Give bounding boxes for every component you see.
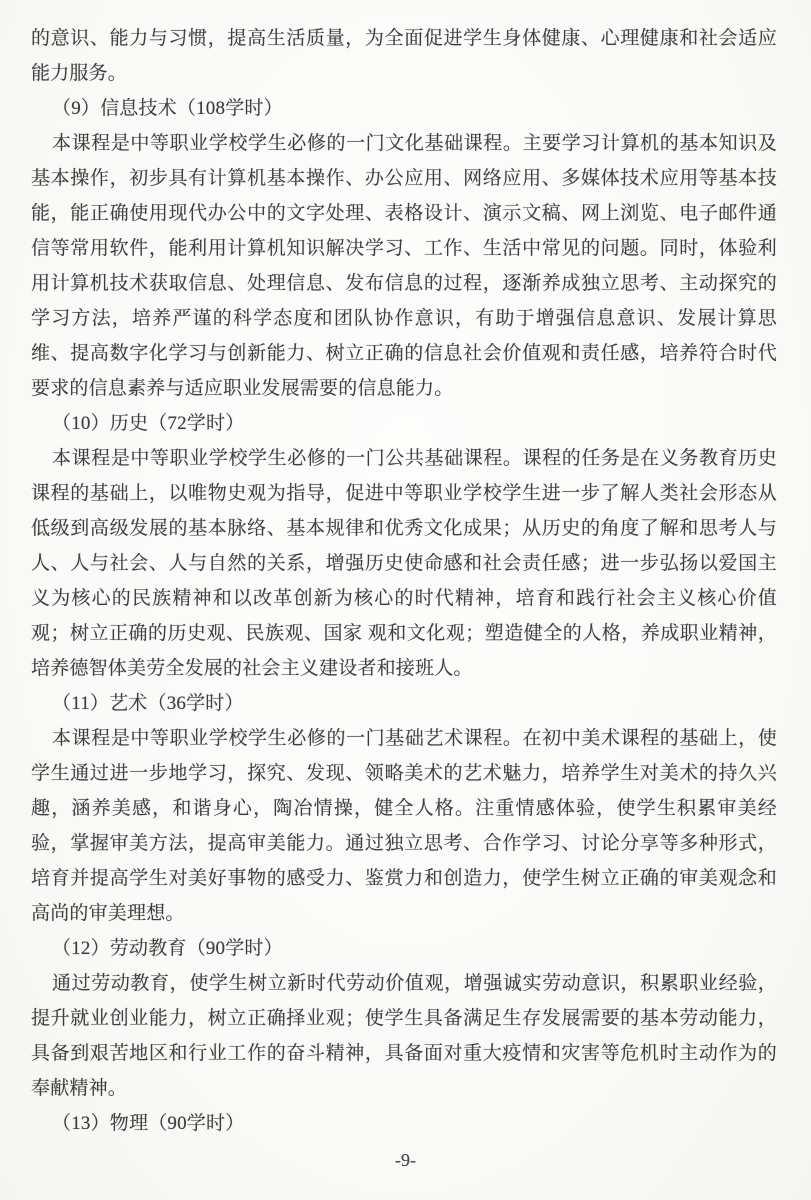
page-number: -9-: [0, 1148, 811, 1172]
paragraph-labor-education: 通过劳动教育，使学生树立新时代劳动价值观，增强诚实劳动意识，积累职业经验，提升就…: [31, 966, 777, 1106]
document-page: 的意识、能力与习惯，提高生活质量，为全面促进学生身体健康、心理健康和社会适应能力…: [0, 0, 811, 1200]
paragraph-information-technology: 本课程是中等职业学校学生必修的一门文化基础课程。主要学习计算机的基本知识及基本操…: [31, 126, 777, 406]
paragraph-art: 本课程是中等职业学校学生必修的一门基础艺术课程。在初中美术课程的基础上，使学生通…: [31, 721, 777, 931]
paragraph-history: 本课程是中等职业学校学生必修的一门公共基础课程。课程的任务是在义务教育历史课程的…: [31, 441, 777, 686]
heading-labor-education: （12）劳动教育（90学时）: [31, 931, 777, 966]
paragraph-continuation-health: 的意识、能力与习惯，提高生活质量，为全面促进学生身体健康、心理健康和社会适应能力…: [31, 21, 777, 91]
heading-information-technology: （9）信息技术（108学时）: [31, 91, 777, 126]
heading-history: （10）历史（72学时）: [31, 406, 777, 441]
heading-art: （11）艺术（36学时）: [31, 686, 777, 721]
heading-physics: （13）物理（90学时）: [31, 1106, 777, 1141]
